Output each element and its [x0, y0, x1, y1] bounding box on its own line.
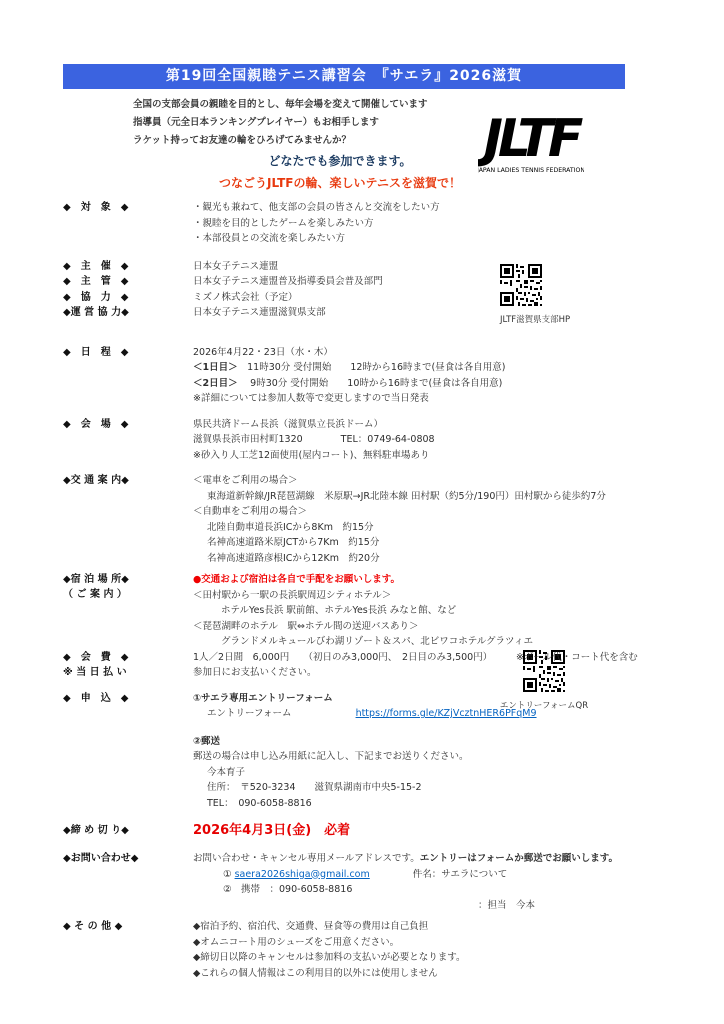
section-deadline: ◆締 め 切 り◆ 2026年4月3日(金) 必着 [63, 823, 668, 839]
intro-line: 全国の支部会員の親睦を目的とし、毎年会場を変えて開催しています [133, 96, 428, 114]
text-line: ・親睦を目的としたゲームを楽しみたい方 [193, 216, 668, 232]
text-line: ＜琵琶湖畔のホテル 駅⇔ホテル間の送迎バスあり＞ [193, 619, 668, 635]
section-schedule: ◆ 日 程 ◆ 2026年4月22・23日（水・木） ＜1日目＞ 11時30分 … [63, 345, 668, 407]
contact-tel: TEL： 090-6058-8816 [193, 796, 668, 812]
text-line: 郵送の場合は申し込み用紙に記入し、下記までお送りください。 [193, 749, 668, 765]
inquiry-staff: ：担当 今本 [478, 898, 668, 914]
entry-form-label: エントリーフォーム [207, 708, 292, 719]
schedule-day1: ＜1日目＞ 11時30分 受付開始 12時から16時まで(昼食は各自用意) [193, 360, 668, 376]
text-line: ・観光も兼ねて、他支部の会員の皆さんと交流をしたい方 [193, 200, 668, 216]
section-label: ◆ 主 管 ◆ [63, 274, 193, 289]
section-manage: ◆ 主 管 ◆ 日本女子テニス連盟普及指導委員会普及部門 [63, 274, 668, 290]
intro-line: 指導員（元全日本ランキングプレイヤー）もお相手します [133, 114, 428, 132]
label-line: ◆宿 泊 場 所◆ [63, 572, 193, 587]
section-label: ◆交 通 案 内◆ [63, 473, 193, 488]
section-access: ◆交 通 案 内◆ ＜電車をご利用の場合＞ 東海道新幹線/JR琵琶湖線 米原駅→… [63, 473, 668, 566]
section-opcoop: ◆運 営 協 力◆ 日本女子テニス連盟滋賀県支部 [63, 305, 668, 321]
text-line: 北陸自動車道長浜ICから8Km 約15分 [193, 520, 668, 536]
invitation-block: どなたでも参加できます。 つなごうJLTFの輪、楽しいテニスを滋賀で！ [120, 152, 560, 191]
section-label: ◆ 主 催 ◆ [63, 259, 193, 274]
inquiry-intro-normal: お問い合わせ・キャンセル専用メールアドレスです。 [193, 853, 420, 864]
text-line: 名神高速道路米原JCTから7Km 約15分 [193, 535, 668, 551]
flyer-page: 第19回全国親睦テニス講習会 『サエラ』2026滋賀 全国の支部会員の親睦を目的… [0, 0, 724, 1024]
apply-method2-head: ②郵送 [193, 734, 668, 750]
schedule-date: 2026年4月22・23日（水・木） [193, 345, 668, 361]
inquiry-intro-bold: エントリーはフォームか郵送でお願いします。 [420, 853, 618, 864]
section-venue: ◆ 会 場 ◆ 県民共済ドーム長浜（滋賀県立長浜ドーム） 滋賀県長浜市田村町13… [63, 417, 668, 464]
day1-tag: ＜1日目＞ [193, 362, 238, 373]
section-label: ◆ そ の 他 ◆ [63, 919, 193, 934]
entry-form-link[interactable]: https://forms.gle/KZjVcztnHER6PFqM9 [356, 708, 537, 719]
day1-text: 11時30分 受付開始 12時から16時まで(昼食は各自用意) [238, 362, 506, 373]
section-label: ◆ 会 費 ◆ ※ 当 日 払 い [63, 650, 193, 680]
text-line: 日本女子テニス連盟 [193, 259, 668, 275]
text-line: ミズノ株式会社（予定） [193, 290, 668, 306]
section-inquiry: ◆お問い合わせ◆ お問い合わせ・キャンセル専用メールアドレスです。エントリーはフ… [63, 851, 668, 913]
section-label: ◆ 対 象 ◆ [63, 200, 193, 215]
inquiry-email-link[interactable]: saera2026shiga@gmail.com [235, 869, 370, 880]
section-fee: ◆ 会 費 ◆ ※ 当 日 払 い 1人／2日間 6,000円 （初日のみ3,0… [63, 650, 668, 681]
text-line: グランドメルキュールびわ湖リゾート＆スパ、北ビワコホテルグラツィエ [193, 634, 668, 650]
label-line: （ ご 案 内 ） [63, 587, 193, 602]
invite-slogan-text: つなごうJLTFの輪、楽しいテニスを滋賀で！ [120, 174, 560, 191]
fee-note: 参加日にお支払いください。 [193, 665, 668, 681]
text-line: ＜田村駅から一駅の長浜駅周辺シティホテル＞ [193, 588, 668, 604]
contact-name: 今本育子 [193, 765, 668, 781]
section-label: ◆ 会 場 ◆ [63, 417, 193, 432]
section-label: ◆ 日 程 ◆ [63, 345, 193, 360]
section-coop: ◆ 協 力 ◆ ミズノ株式会社（予定） [63, 290, 668, 306]
section-label: ◆ 協 力 ◆ [63, 290, 193, 305]
section-label: ◆宿 泊 場 所◆ （ ご 案 内 ） [63, 572, 193, 602]
deadline-date: 2026年4月3日(金) 必着 [193, 823, 668, 839]
section-label: ◆運 営 協 力◆ [63, 305, 193, 320]
text-line: 日本女子テニス連盟普及指導委員会普及部門 [193, 274, 668, 290]
inquiry-phone-line: ② 携帯 ：090-6058-8816 [193, 882, 668, 898]
text-line: ◆宿泊予約、宿泊代、交通費、昼食等の費用は自己負担 [193, 919, 668, 935]
inquiry-intro: お問い合わせ・キャンセル専用メールアドレスです。エントリーはフォームか郵送でお願… [193, 851, 668, 867]
section-other: ◆ そ の 他 ◆ ◆宿泊予約、宿泊代、交通費、昼食等の費用は自己負担 ◆オムニ… [63, 919, 668, 981]
sections-container: ◆ 対 象 ◆ ・観光も兼ねて、他支部の会員の皆さんと交流をしたい方 ・親睦を目… [63, 200, 668, 981]
text-line: ・本部役員との交流を楽しみたい方 [193, 231, 668, 247]
text-line: 名神高速道路彦根ICから12Km 約20分 [193, 551, 668, 567]
day2-tag: ＜2日目＞ [193, 378, 238, 389]
section-label: ◆ 申 込 ◆ [63, 691, 193, 706]
text-line: ＜電車をご利用の場合＞ [193, 473, 668, 489]
text-line: ホテルYes長浜 駅前館、ホテルYes長浜 みなと館、など [193, 603, 668, 619]
text-line: 日本女子テニス連盟滋賀県支部 [193, 305, 668, 321]
intro-text: 全国の支部会員の親睦を目的とし、毎年会場を変えて開催しています 指導員（元全日本… [133, 96, 428, 150]
item-number: ① [223, 869, 232, 880]
section-lodging: ◆宿 泊 場 所◆ （ ご 案 内 ） ●交通および宿泊は各自で手配をお願いしま… [63, 572, 668, 650]
label-line: ◆ 会 費 ◆ [63, 650, 193, 665]
text-line: ※砂入り人工芝12面使用(屋内コート)、無料駐車場あり [193, 448, 668, 464]
contact-address: 住所： 〒520-3234 滋賀県湖南市中央5-15-2 [193, 780, 668, 796]
text-line: ＜自動車をご利用の場合＞ [193, 504, 668, 520]
fee-amount: 1人／2日間 6,000円 （初日のみ3,000円、 2日目のみ3,500円） … [193, 650, 668, 666]
invite-anyone-text: どなたでも参加できます。 [120, 152, 560, 169]
text-line: 県民共済ドーム長浜（滋賀県立長浜ドーム） [193, 417, 668, 433]
inquiry-email-line: ① saera2026shiga@gmail.com 件名：サエラについて [193, 867, 668, 883]
label-line: ※ 当 日 払 い [63, 665, 193, 680]
text-line: 滋賀県長浜市田村町1320 TEL：0749-64-0808 [193, 432, 668, 448]
lodging-warning: ●交通および宿泊は各自で手配をお願いします。 [193, 572, 668, 588]
page-title: 第19回全国親睦テニス講習会 『サエラ』2026滋賀 [63, 64, 625, 89]
section-label: ◆締 め 切 り◆ [63, 823, 193, 838]
inquiry-subject: 件名：サエラについて [413, 869, 507, 880]
schedule-day2: ＜2日目＞ 9時30分 受付開始 10時から16時まで(昼食は各自用意) [193, 376, 668, 392]
text-line: ◆これらの個人情報はこの利用目的以外には使用しません [193, 966, 668, 982]
apply-method1-head: ①サエラ専用エントリーフォーム [193, 691, 668, 707]
text-line: 東海道新幹線/JR琵琶湖線 米原駅→JR北陸本線 田村駅（約5分/190円）田村… [193, 489, 668, 505]
section-apply: ◆ 申 込 ◆ ①サエラ専用エントリーフォーム エントリーフォームhttps:/… [63, 691, 668, 812]
text-line: ◆締切日以降のキャンセルは参加料の支払いが必要となります。 [193, 950, 668, 966]
section-host: ◆ 主 催 ◆ 日本女子テニス連盟 [63, 259, 668, 275]
schedule-note: ※詳細については参加人数等で変更しますので当日発表 [193, 391, 668, 407]
section-target: ◆ 対 象 ◆ ・観光も兼ねて、他支部の会員の皆さんと交流をしたい方 ・親睦を目… [63, 200, 668, 247]
intro-line: ラケット持ってお友達の輪をひろげてみませんか？ [133, 132, 428, 150]
day2-text: 9時30分 受付開始 10時から16時まで(昼食は各自用意) [238, 378, 503, 389]
apply-entry-line: エントリーフォームhttps://forms.gle/KZjVcztnHER6P… [193, 706, 668, 722]
text-line: ◆オムニコート用のシューズをご用意ください。 [193, 935, 668, 951]
section-label: ◆お問い合わせ◆ [63, 851, 193, 866]
